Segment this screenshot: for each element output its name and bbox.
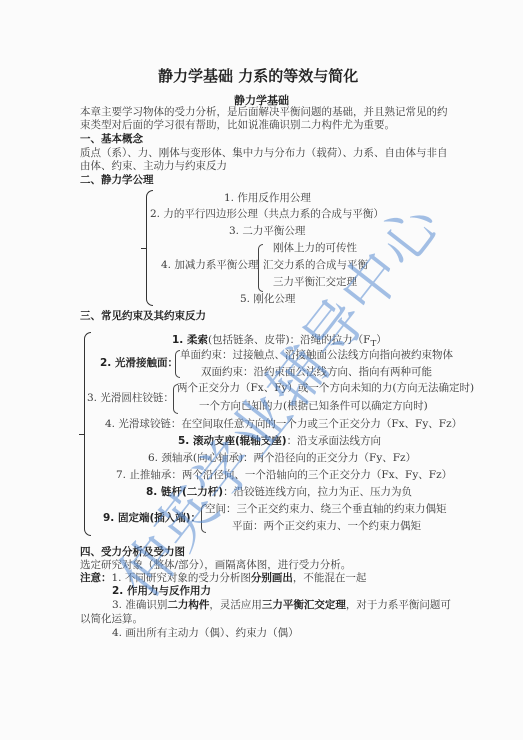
intro-line-1: 本章主要学习物体的受力分析，是后面解决平衡问题的基础，并且熟记常见的约 bbox=[80, 106, 448, 119]
note-3: 3. 准确识别二力构件，灵活应用三力平衡汇交定理，对于力系平衡问题可 bbox=[112, 599, 451, 612]
constraint-9-label: 9. 固定端(插入端)： bbox=[103, 512, 201, 525]
page-title: 静力学基础 力系的等效与简化 bbox=[158, 70, 358, 83]
axiom-5: 5. 刚化公理 bbox=[240, 293, 295, 306]
concepts-line-1: 质点（系）、力、刚体与变形体、集中力与分布力（载荷）、力系、自由体与非自 bbox=[80, 147, 448, 160]
constraint-3-line-2: 一个方向已知的力(根据已知条件可以确定方向时) bbox=[199, 400, 428, 413]
axiom-1: 1. 作用反作用公理 bbox=[224, 192, 311, 205]
constraint-3-line-1: 两个正交分力（Fx、Fy）或一个方向未知的力(方向无法确定时) bbox=[177, 382, 474, 395]
intro-line-2: 束类型对后面的学习很有帮助，比如说准确识别二力构件尤为重要。 bbox=[80, 119, 395, 132]
constraint-8: 8. 链杆(二力杆)：沿铰链连线方向，拉力为正、压力为负 bbox=[146, 486, 412, 499]
axiom-4-sub-3: 三力平衡汇交定理 bbox=[273, 276, 357, 289]
constraint-4: 4. 光滑球铰链：在空间取任意方向的一个力或三个正交分力（Fx、Fy、Fz） bbox=[105, 418, 462, 431]
axiom-3: 3. 二力平衡公理 bbox=[229, 225, 305, 238]
document-page: 静力学基础 力系的等效与简化 静力学基础 本章主要学习物体的受力分析，是后面解决… bbox=[0, 0, 523, 740]
heading-force-analysis: 四、受力分析及受力图 bbox=[80, 546, 185, 559]
axiom-4: 4. 加减力系平衡公理 bbox=[161, 259, 258, 272]
constraint-9-line-2: 平面：两个正交约束力、一个约束力偶矩 bbox=[232, 520, 421, 533]
constraint-2-line-2: 双面约束：沿约束面公法线方向、指向有两种可能 bbox=[201, 366, 432, 379]
constraint-2-line-1: 单面约束：过接触点、沿接触面公法线方向指向被约束物体 bbox=[180, 349, 453, 362]
note-4: 4. 画出所有主动力（偶）、约束力（偶） bbox=[112, 627, 299, 640]
analysis-line-1: 选定研究对象（整体/部分），画隔离体图，进行受力分析。 bbox=[80, 559, 351, 572]
constraint-5: 5. 滚动支座(辊轴支座)：沿支承面法线方向 bbox=[178, 435, 381, 448]
axiom-4-sub-1: 刚体上力的可传性 bbox=[273, 242, 357, 255]
heading-axioms: 二、静力学公理 bbox=[80, 174, 154, 187]
axiom-2: 2. 力的平行四边形公理（共点力系的合成与平衡） bbox=[150, 208, 384, 221]
note-2: 2. 作用力与反作用力 bbox=[112, 585, 211, 598]
constraints-brace bbox=[84, 332, 91, 536]
note-3-cont: 以简化运算。 bbox=[80, 613, 143, 626]
constraint-6: 6. 颈轴承(向心轴承)：两个沿径向的正交分力（Fy、Fz） bbox=[148, 452, 416, 465]
heading-constraints: 三、常见约束及其约束反力 bbox=[80, 310, 206, 323]
constraint-3-label: 3. 光滑圆柱铰链： bbox=[87, 392, 174, 405]
constraint-7: 7. 止推轴承：两个沿径向、一个沿轴向的三个正交分力（Fx、Fy、Fz） bbox=[116, 469, 452, 482]
axiom-4-sub-2: 汇交力系的合成与平衡 bbox=[263, 259, 368, 272]
concepts-line-2: 由体、约束、主动力与约束反力 bbox=[80, 160, 227, 173]
heading-basic-concepts: 一、基本概念 bbox=[80, 133, 143, 146]
constraint-2-label: 2. 光滑接触面： bbox=[100, 357, 178, 370]
note-1: 注意：1. 不同研究对象的受力分析图分别画出，不能混在一起 bbox=[80, 572, 366, 585]
constraint-9-line-1: 空间：三个正交约束力、绕三个垂直轴的约束力偶矩 bbox=[205, 503, 447, 516]
